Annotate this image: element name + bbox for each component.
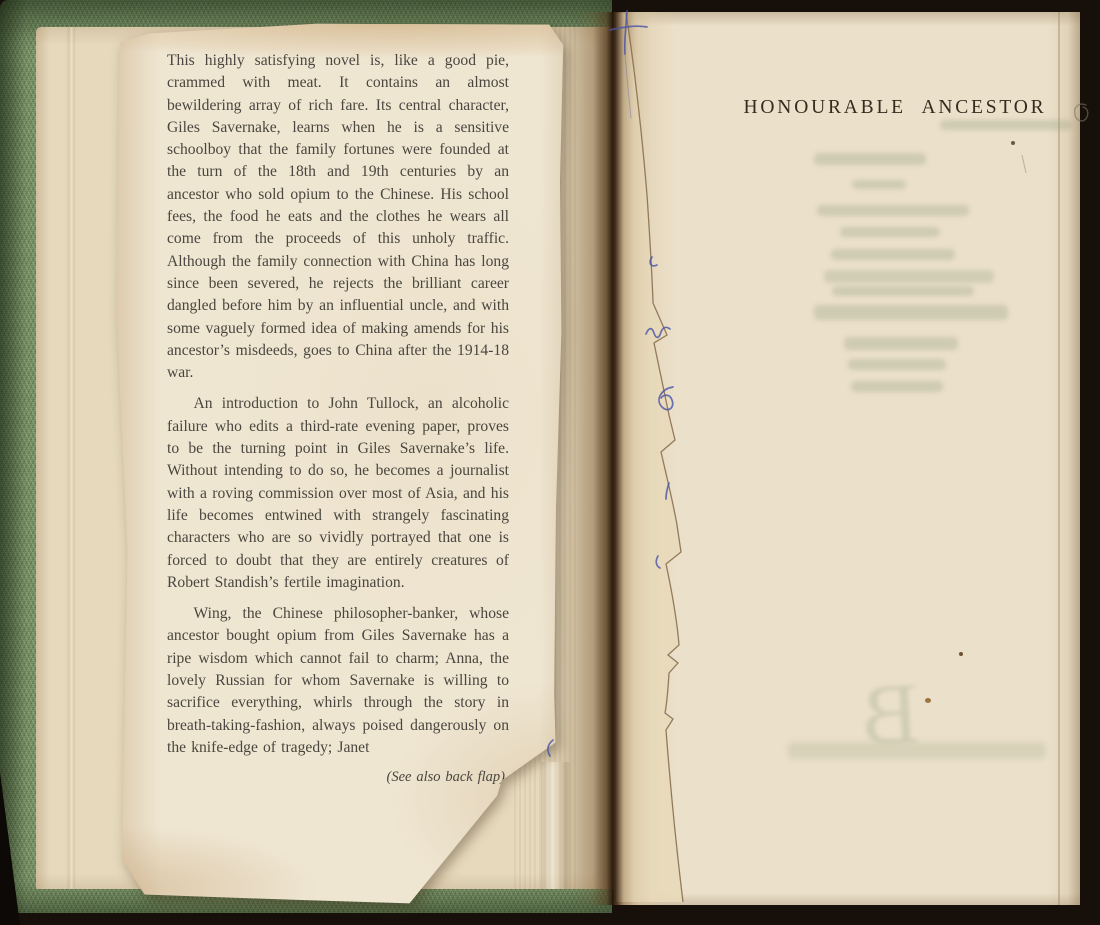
- show-through-line: [940, 120, 1072, 130]
- half-title-text: HONOURABLE ANCESTOR: [700, 97, 1090, 119]
- dust-jacket-flap: This highly satisfying novel is, like a …: [113, 22, 565, 906]
- show-through-line: [848, 359, 946, 370]
- show-through-line: [844, 337, 958, 350]
- foxing-speck: [1011, 141, 1015, 145]
- show-through-line: [814, 305, 1008, 320]
- half-title-page: B HONOURABLE ANCESTOR: [614, 12, 1080, 905]
- endpaper-crease: [66, 27, 76, 889]
- flap-paragraph-2: An introduction to John Tullock, an alco…: [167, 393, 509, 594]
- page-edge-line: [1058, 12, 1060, 905]
- show-through-line: [814, 153, 926, 165]
- show-through-line: [852, 180, 906, 189]
- foxing-speck: [959, 652, 963, 656]
- open-book-photo: B HONOURABLE ANCESTOR This highly satisf…: [0, 0, 1100, 925]
- foxing-speck: [925, 698, 931, 703]
- show-through-line: [831, 249, 955, 260]
- show-through-line: [817, 205, 969, 216]
- flap-paragraph-3: Wing, the Chinese philosopher-banker, wh…: [167, 603, 509, 759]
- show-through-line: [824, 270, 994, 283]
- show-through-line: [832, 286, 974, 296]
- show-through-line: [851, 381, 943, 392]
- flap-paragraph-1: This highly satisfying novel is, like a …: [167, 50, 509, 384]
- flap-continuation-note: (See also back flap): [167, 766, 509, 788]
- show-through-line: [840, 227, 940, 237]
- dust-jacket-flap-paper: This highly satisfying novel is, like a …: [113, 22, 565, 906]
- flap-blurb: This highly satisfying novel is, like a …: [113, 22, 565, 789]
- show-through-imprint-line: [788, 742, 1046, 759]
